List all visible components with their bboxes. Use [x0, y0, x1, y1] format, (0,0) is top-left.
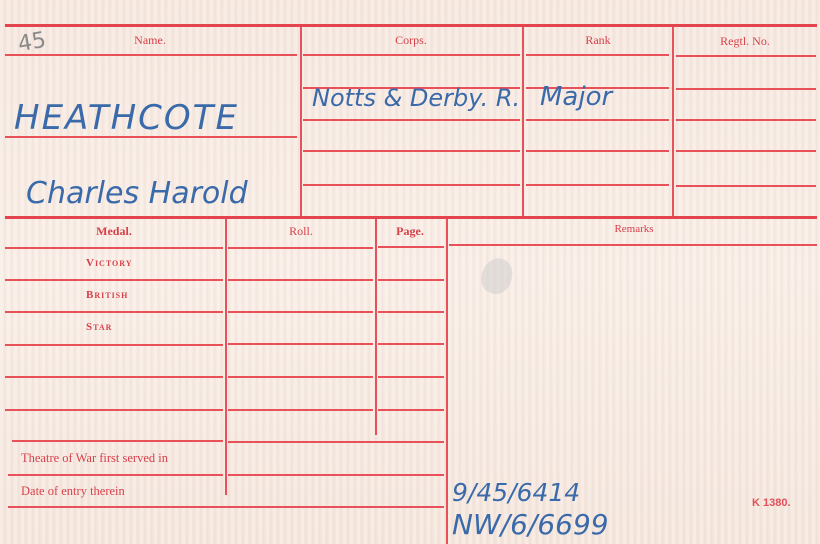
rule — [228, 247, 373, 249]
theatre-label: Theatre of War first served in — [21, 451, 168, 466]
surname: HEATHCOTE — [14, 98, 239, 138]
rule — [676, 119, 816, 121]
rule — [378, 279, 444, 281]
medal-star: Star — [86, 321, 112, 333]
rule — [526, 119, 669, 121]
rule — [8, 474, 223, 476]
rule — [228, 376, 373, 378]
rule — [5, 247, 223, 249]
rule — [676, 55, 816, 57]
header-remarks: Remarks — [584, 223, 684, 235]
rule — [526, 184, 669, 186]
column-divider — [225, 219, 227, 495]
medal-british: British — [86, 289, 128, 301]
pencil-note: 45 — [16, 28, 48, 57]
rule — [5, 311, 223, 313]
rule — [8, 506, 444, 508]
rule — [228, 279, 373, 281]
rule — [526, 150, 669, 152]
rule — [378, 246, 444, 248]
header-medal: Medal. — [64, 224, 164, 239]
rule — [378, 376, 444, 378]
column-divider — [375, 219, 377, 435]
top-border — [5, 24, 817, 27]
middle-border — [5, 216, 817, 219]
rule — [378, 311, 444, 313]
header-page: Page. — [360, 224, 460, 239]
corps-value: Notts & Derby. R. — [312, 84, 520, 112]
rule — [378, 409, 444, 411]
rule — [449, 244, 817, 246]
rule — [303, 150, 520, 152]
forenames: Charles Harold — [26, 176, 248, 211]
column-divider — [522, 27, 524, 217]
header-name: Name. — [100, 33, 200, 48]
rule — [676, 185, 816, 187]
rule — [228, 409, 373, 411]
header-corps: Corps. — [361, 33, 461, 48]
header-rank: Rank — [548, 33, 648, 48]
rule — [526, 54, 669, 56]
medal-victory: Victory — [86, 257, 133, 269]
form-number: K 1380. — [752, 497, 791, 509]
rule — [5, 279, 223, 281]
rule — [228, 311, 373, 313]
rule — [228, 474, 444, 476]
rule — [228, 441, 444, 443]
rank-value: Major — [540, 82, 612, 112]
rule — [378, 343, 444, 345]
rule — [676, 88, 816, 90]
column-divider — [300, 27, 302, 217]
date-entry-label: Date of entry therein — [21, 484, 125, 499]
rule — [5, 54, 297, 56]
rule — [303, 184, 520, 186]
rule — [5, 344, 223, 346]
rule — [228, 343, 373, 345]
rule — [676, 150, 816, 152]
header-regtl-no: Regtl. No. — [695, 34, 795, 49]
remarks-line-2: NW/6/6699 — [452, 508, 609, 541]
rule — [5, 376, 223, 378]
rule — [303, 54, 520, 56]
rule — [12, 440, 223, 442]
column-divider — [446, 219, 448, 544]
rule — [5, 409, 223, 411]
remarks-line-1: 9/45/6414 — [452, 478, 580, 507]
rule — [303, 119, 520, 121]
column-divider — [672, 27, 674, 217]
header-roll: Roll. — [251, 224, 351, 239]
